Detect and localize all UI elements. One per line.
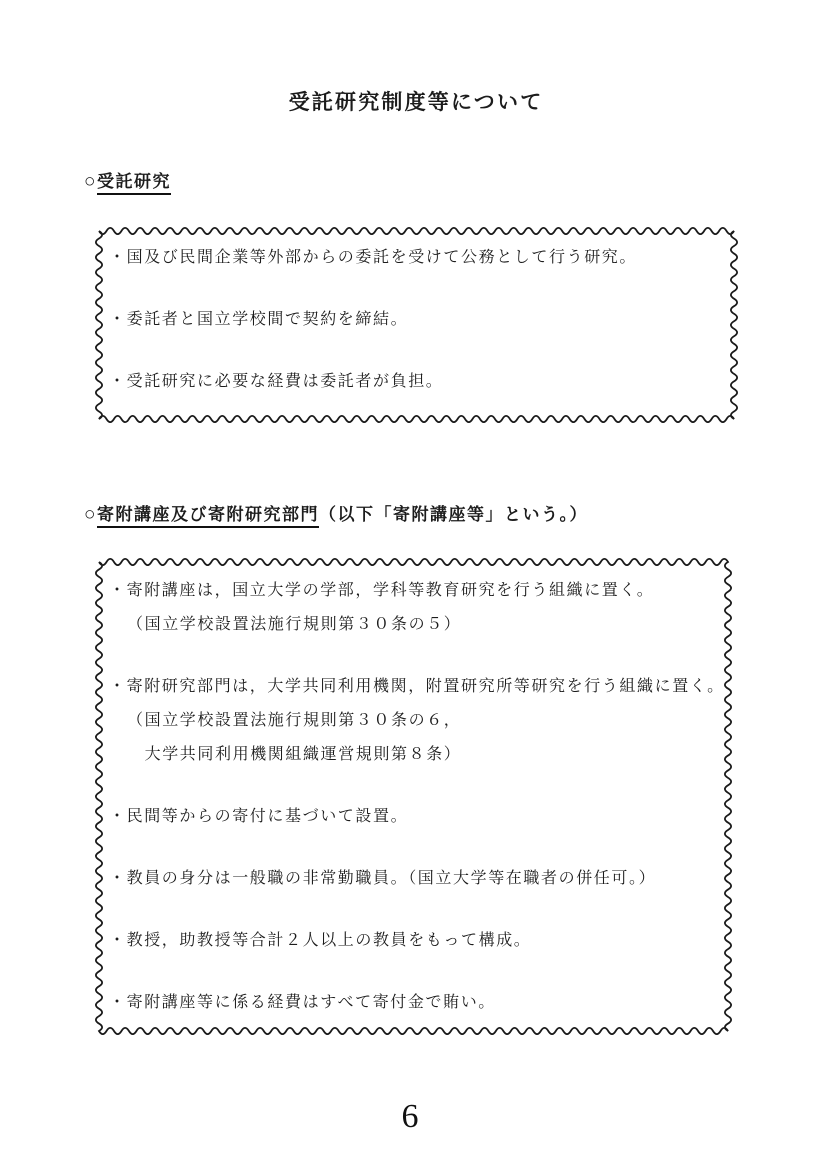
circle-marker: ○ (84, 504, 97, 525)
bullet-dot: ・ (109, 247, 127, 269)
list-item-ref-line: （国立学校設置法施行規則第３０条の６， (109, 710, 712, 732)
contract-research-box: ・国及び民間企業等外部からの委託を受けて公務として行う研究。 ・委託者と国立学校… (95, 227, 738, 423)
list-item-text: 民間等からの寄付に基づいて設置。 (127, 808, 409, 825)
bullet-dot: ・ (109, 580, 127, 602)
bullet-dot: ・ (109, 309, 127, 331)
list-item: ・寄附研究部門は，大学共同利用機関，附置研究所等研究を行う組織に置く。 （国立学… (109, 676, 712, 766)
list-item-text: 教授，助教授等合計２人以上の教員をもって構成。 (127, 932, 532, 949)
list-item-text: 教員の身分は一般職の非常勤職員。（国立大学等在職者の併任可。） (127, 870, 657, 887)
bullet-dot: ・ (109, 806, 127, 828)
page-number: 6 (0, 1098, 820, 1136)
bullet-dot: ・ (109, 868, 127, 890)
section-heading-text: 受託研究 (97, 172, 171, 195)
list-item: ・教員の身分は一般職の非常勤職員。（国立大学等在職者の併任可。） (109, 868, 712, 890)
list-item: ・寄附講座は，国立大学の学部，学科等教育研究を行う組織に置く。 （国立学校設置法… (109, 580, 712, 636)
list-item: ・国及び民間企業等外部からの委託を受けて公務として行う研究。 (109, 247, 718, 269)
section-heading-suffix: （以下「寄附講座等」という。） (319, 505, 588, 524)
endowed-chair-box-content: ・寄附講座は，国立大学の学部，学科等教育研究を行う組織に置く。 （国立学校設置法… (95, 558, 732, 1014)
list-item-text: 寄附講座等に係る経費はすべて寄付金で賄い。 (127, 994, 496, 1011)
bullet-dot: ・ (109, 676, 127, 698)
list-item-line: ・教員の身分は一般職の非常勤職員。（国立大学等在職者の併任可。） (109, 868, 712, 890)
list-item-ref-line: （国立学校設置法施行規則第３０条の５） (109, 614, 712, 636)
bullet-dot: ・ (109, 930, 127, 952)
list-item-line: ・寄附講座等に係る経費はすべて寄付金で賄い。 (109, 992, 712, 1014)
list-item: ・教授，助教授等合計２人以上の教員をもって構成。 (109, 930, 712, 952)
list-item-text: 委託者と国立学校間で契約を締結。 (127, 311, 409, 328)
contract-research-box-content: ・国及び民間企業等外部からの委託を受けて公務として行う研究。 ・委託者と国立学校… (95, 227, 738, 393)
list-item-text: 国及び民間企業等外部からの委託を受けて公務として行う研究。 (127, 249, 637, 266)
list-item-ref-line: 大学共同利用機関組織運営規則第８条） (109, 744, 712, 766)
list-item-line: ・国及び民間企業等外部からの委託を受けて公務として行う研究。 (109, 247, 718, 269)
document-page: 受託研究制度等について ○受託研究 ・国及び民間企業等外部からの委託を受けて公務… (0, 0, 832, 1175)
list-item-line: ・教授，助教授等合計２人以上の教員をもって構成。 (109, 930, 712, 952)
circle-marker: ○ (84, 171, 97, 192)
list-item-line: ・民間等からの寄付に基づいて設置。 (109, 806, 712, 828)
list-item-line: ・寄附講座は，国立大学の学部，学科等教育研究を行う組織に置く。 (109, 580, 712, 602)
section-heading-endowed-chair: ○寄附講座及び寄附研究部門（以下「寄附講座等」という。） (84, 500, 588, 526)
section-heading-text: 寄附講座及び寄附研究部門 (97, 505, 319, 528)
list-item-text: 寄附講座は，国立大学の学部，学科等教育研究を行う組織に置く。 (127, 582, 655, 599)
list-item-line: ・受託研究に必要な経費は委託者が負担。 (109, 371, 718, 393)
bullet-dot: ・ (109, 992, 127, 1014)
list-item-line: ・委託者と国立学校間で契約を締結。 (109, 309, 718, 331)
list-item: ・民間等からの寄付に基づいて設置。 (109, 806, 712, 828)
list-item-line: ・寄附研究部門は，大学共同利用機関，附置研究所等研究を行う組織に置く。 (109, 676, 712, 698)
list-item-text: 寄附研究部門は，大学共同利用機関，附置研究所等研究を行う組織に置く。 (127, 678, 725, 695)
list-item-text: 受託研究に必要な経費は委託者が負担。 (127, 373, 444, 390)
bullet-dot: ・ (109, 371, 127, 393)
section-heading-contract-research: ○受託研究 (84, 167, 171, 193)
endowed-chair-box: ・寄附講座は，国立大学の学部，学科等教育研究を行う組織に置く。 （国立学校設置法… (95, 558, 732, 1035)
list-item: ・寄附講座等に係る経費はすべて寄付金で賄い。 (109, 992, 712, 1014)
page-title: 受託研究制度等について (0, 86, 832, 116)
list-item: ・受託研究に必要な経費は委託者が負担。 (109, 371, 718, 393)
list-item: ・委託者と国立学校間で契約を締結。 (109, 309, 718, 331)
